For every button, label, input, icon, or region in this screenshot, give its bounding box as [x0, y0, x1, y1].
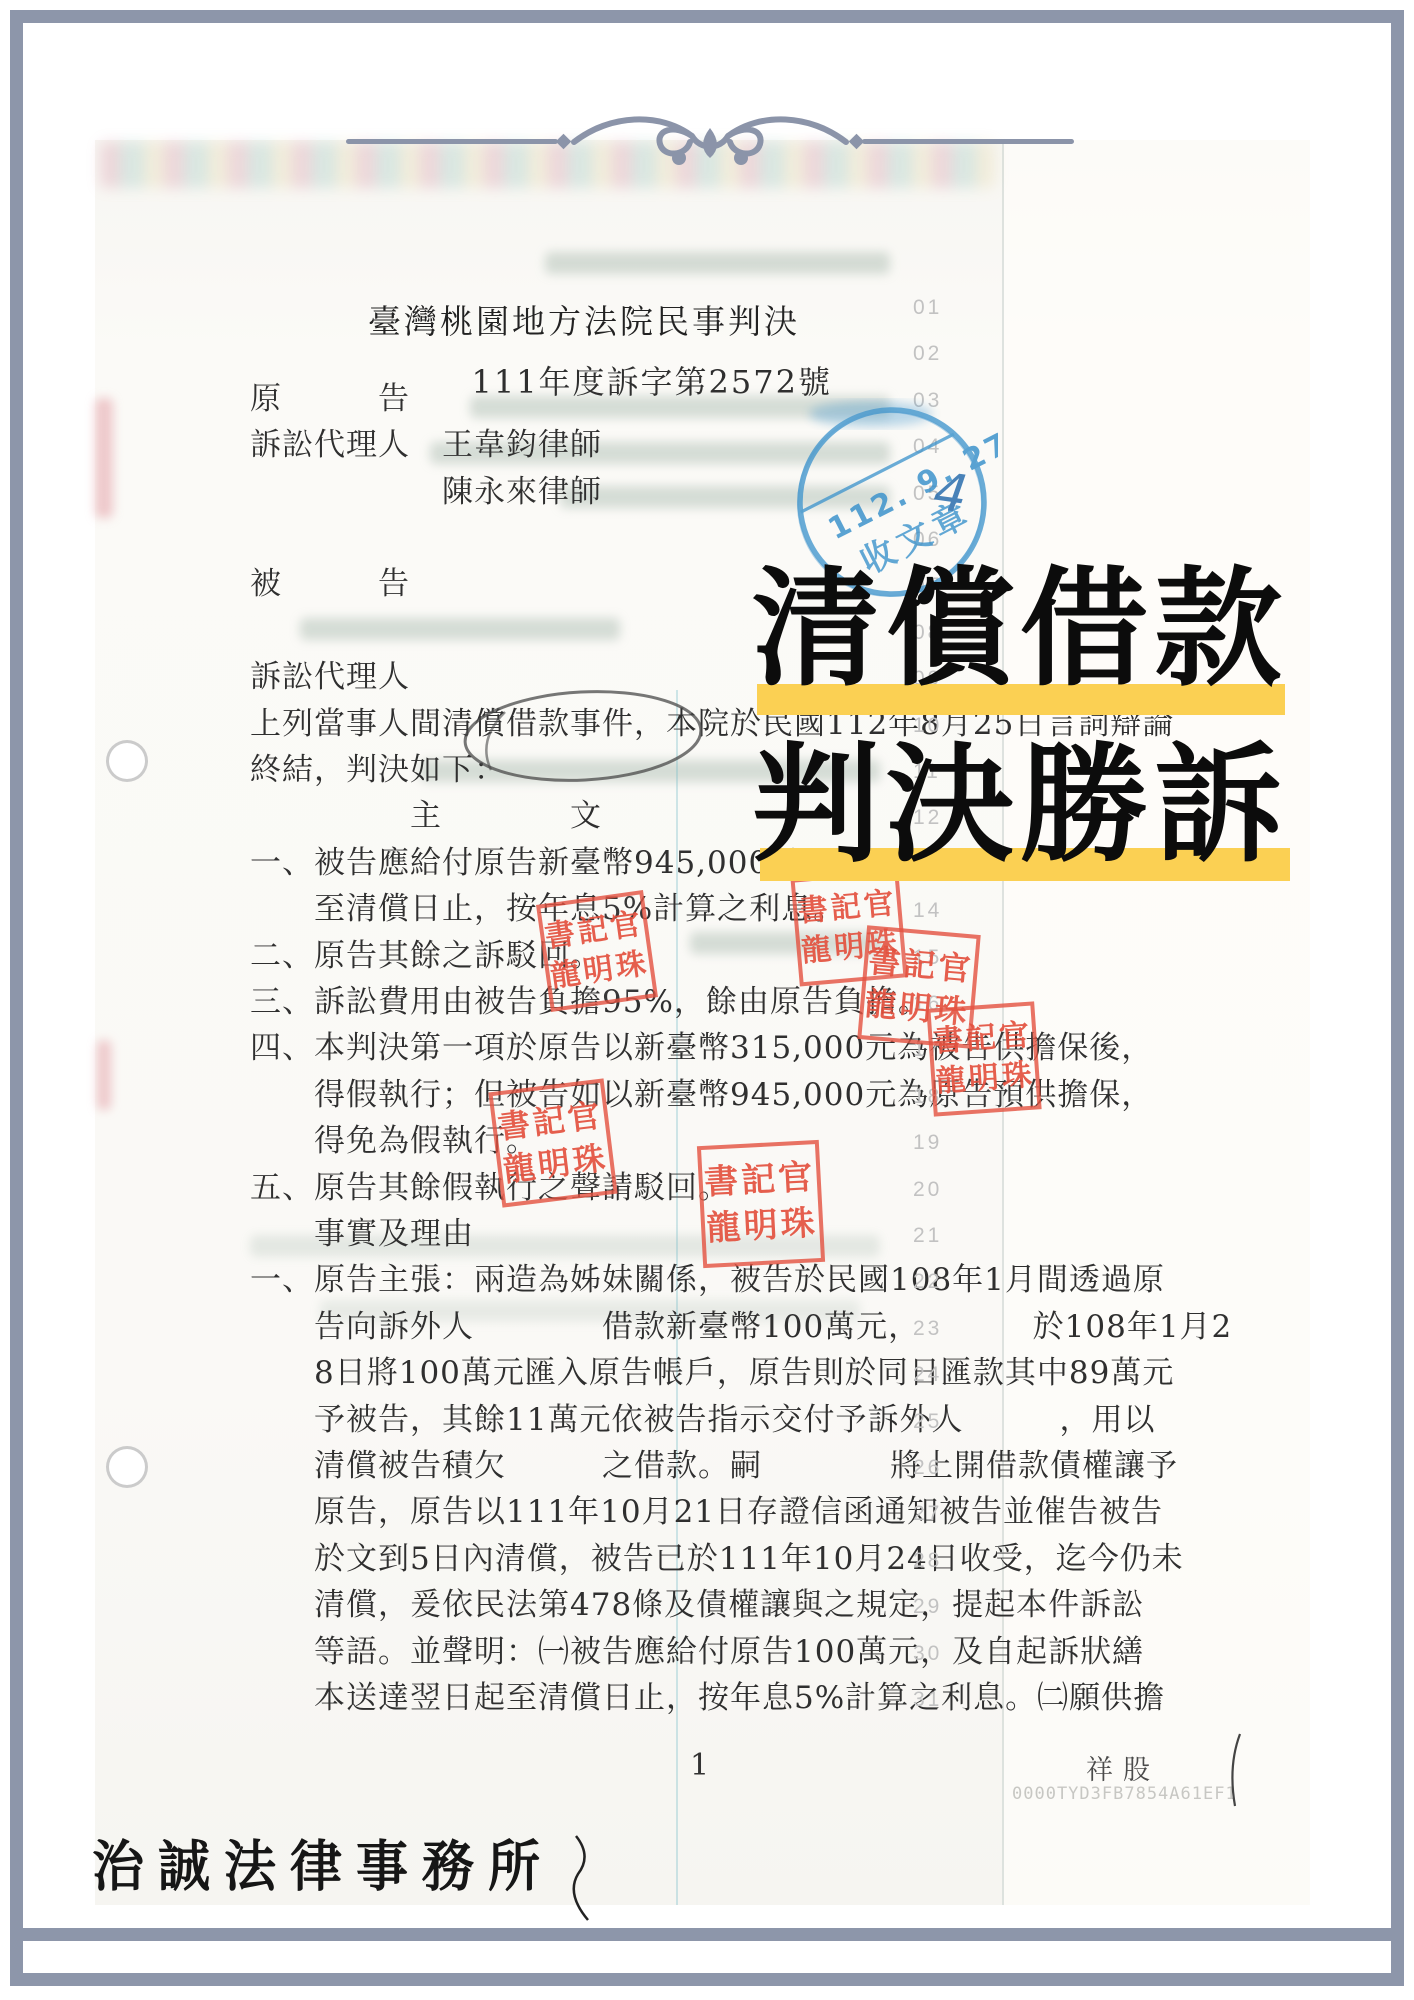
line-number-29: 29 — [913, 1594, 942, 1620]
bleed-text — [300, 618, 620, 640]
doc-line-23: 告向訴外人 借款新臺幣100萬元， 於108年1月2 — [250, 1307, 1232, 1347]
line-number-25: 25 — [913, 1409, 942, 1435]
hole-punch — [106, 1446, 148, 1488]
clerk-stamp-title: 書記官 — [703, 1155, 816, 1207]
doc-line-2: 111年度訴字第2572號 — [450, 362, 832, 402]
doc-line-24: 8日將100萬元匯入原告帳戶，原告則於同日匯款其中89萬元 — [250, 1353, 1174, 1393]
bleed-mark — [95, 398, 113, 518]
line-number-21: 21 — [913, 1223, 942, 1249]
doc-line-20: 五、原告其餘假執行之聲請駁回。 — [250, 1168, 730, 1208]
doc-line-9: 訴訟代理人 — [250, 657, 410, 697]
line-number-14: 14 — [913, 898, 942, 924]
clerk-stamp: 書記官龍明珠 — [488, 1078, 617, 1207]
line-number-26: 26 — [913, 1455, 942, 1481]
doc-line-13: 一、被告應給付原告新臺幣945,000元 — [250, 843, 801, 883]
line-number-22: 22 — [913, 1269, 942, 1295]
doc-line-4: 訴訟代理人 王韋鈞律師 — [250, 425, 602, 465]
line-number-30: 30 — [913, 1641, 942, 1667]
doc-line-31: 本送達翌日起至清償日止，按年息5%計算之利息。㈡願供擔 — [250, 1678, 1165, 1718]
pen-stroke — [1220, 1730, 1250, 1810]
line-number-19: 19 — [913, 1130, 942, 1156]
doc-line-26: 清償被告積欠 之借款。嗣 將上開借款債權讓予 — [250, 1446, 1178, 1486]
line-number-02: 02 — [913, 341, 942, 367]
scanned-judgment-page: 臺灣桃園地方法院民事判決111年度訴字第2572號原 告訴訟代理人 王韋鈞律師 … — [0, 0, 1414, 2000]
doc-line-21: 事實及理由 — [250, 1214, 474, 1254]
page-frame-inner-band — [23, 1928, 1391, 1941]
clerk-stamp: 書記官龍明珠 — [536, 890, 658, 1012]
line-number-20: 20 — [913, 1177, 942, 1203]
doc-line-12: 主 文 — [250, 796, 602, 836]
overlay-headline-2: 判決勝訴 — [752, 742, 1288, 870]
flourish-divider — [330, 100, 1090, 180]
bleed-text — [545, 252, 890, 274]
clerk-stamp: 書記官龍明珠 — [697, 1140, 825, 1268]
line-number-28: 28 — [913, 1548, 942, 1574]
line-number-23: 23 — [913, 1316, 942, 1342]
line-number-24: 24 — [913, 1362, 942, 1388]
clerk-stamp-name: 龍明珠 — [706, 1201, 819, 1253]
signature-squiggle — [560, 1830, 600, 1930]
page-number: 1 — [690, 1748, 709, 1783]
doc-line-29: 清償，爰依民法第478條及債權讓與之規定，提起本件訴訟 — [250, 1585, 1144, 1625]
clerk-stamp: 書記官龍明珠 — [926, 1001, 1041, 1116]
pen-circle-annotation — [455, 682, 715, 797]
overlay-headline-1: 清償借款 — [752, 566, 1288, 694]
hole-punch — [106, 740, 148, 782]
line-number-31: 31 — [913, 1687, 942, 1713]
doc-line-25: 予被告，其餘11萬元依被告指示交付予訴外人 ，用以 — [250, 1400, 1155, 1440]
line-number-27: 27 — [913, 1501, 942, 1527]
clerk-stamp-title: 書記官 — [932, 1015, 1034, 1062]
clerk-stamp-name: 龍明珠 — [935, 1056, 1037, 1103]
doc-line-30: 等語。並聲明：㈠被告應給付原告100萬元，及自起訴狀繕 — [250, 1632, 1144, 1672]
bleed-mark — [97, 1040, 111, 1110]
doc-line-28: 於文到5日內清償，被告已於111年10月24日收受，迄今仍未 — [250, 1539, 1184, 1579]
doc-line-3: 原 告 — [250, 379, 410, 419]
division-label: 祥股 — [1086, 1748, 1160, 1787]
doc-line-1: 臺灣桃園地方法院民事判決 — [368, 302, 800, 342]
law-firm-name: 治誠法律事務所 — [92, 1822, 554, 1902]
line-number-01: 01 — [913, 295, 942, 321]
doc-line-7: 被 告 — [250, 564, 410, 604]
doc-line-5: 陳永來律師 — [250, 472, 602, 512]
document-code: 0000TYD3FB7854A61EF1 — [1012, 1784, 1237, 1804]
doc-line-27: 原告，原告以111年10月21日存證信函通知被告並催告被告 — [250, 1492, 1163, 1532]
